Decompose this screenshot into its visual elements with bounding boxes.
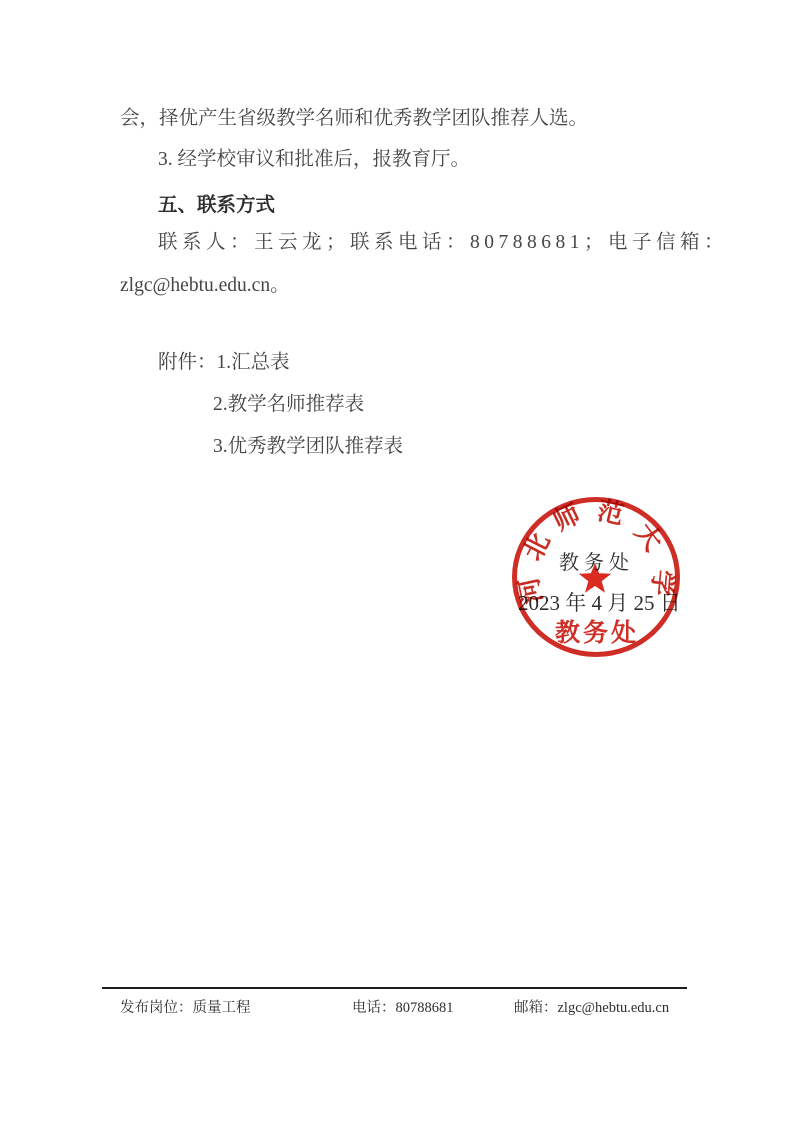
footer-divider: [102, 987, 687, 989]
section-heading: 五、联系方式: [158, 189, 275, 217]
attachment-item: 2.教学名师推荐表: [213, 395, 364, 415]
contact-email-line: zlgc@hebtu.edu.cn。: [120, 276, 290, 296]
attachment-item: 3.优秀教学团队推荐表: [213, 437, 403, 457]
attachment-item: 1.汇总表: [217, 353, 290, 373]
signature-date: 2023 年 4 月 25 日: [518, 587, 681, 617]
attachments-label: 附件：: [158, 353, 217, 373]
contact-info-line: 联系人：王云龙；联系电话：80788681；电子信箱：: [158, 233, 728, 253]
seal-department-label: 教务处: [555, 613, 639, 649]
footer-publisher: 发布岗位：质量工程: [120, 996, 251, 1017]
attachment-row-1: 附件：1.汇总表: [158, 353, 290, 373]
footer-email: 邮箱：zlgc@hebtu.edu.cn: [514, 996, 669, 1017]
list-item-3: 3. 经学校审议和批准后，报教育厅。: [158, 150, 470, 170]
paragraph-continuation: 会，择优产生省级教学名师和优秀教学团队推荐人选。: [120, 109, 588, 129]
footer-phone: 电话：80788681: [352, 996, 454, 1017]
signature-department: 教 务 处: [559, 546, 629, 575]
document-page: 会，择优产生省级教学名师和优秀教学团队推荐人选。 3. 经学校审议和批准后，报教…: [0, 0, 800, 1132]
